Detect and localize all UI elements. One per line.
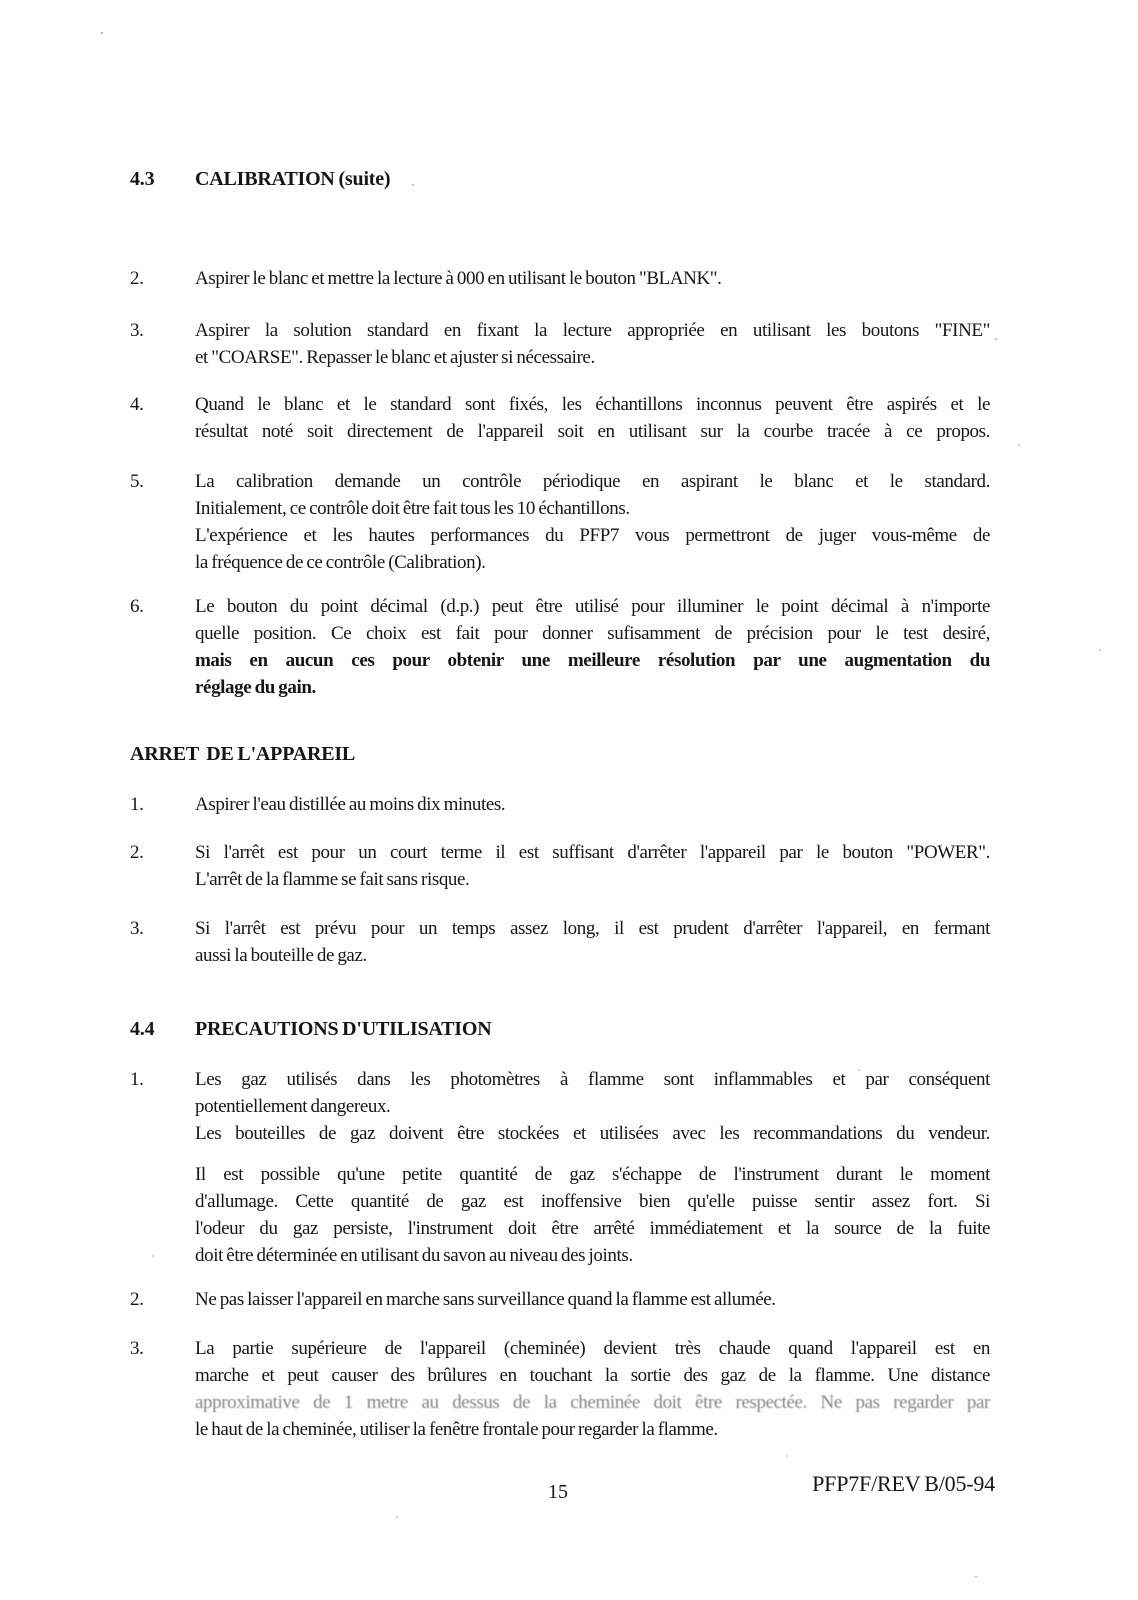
list-item: 1. Aspirer l'eau distillée au moins dix … bbox=[130, 791, 990, 818]
text-line: Si l'arrêt est pour un court terme il es… bbox=[195, 839, 990, 866]
item-text: Les gaz utilisés dans les photomètres à … bbox=[195, 1066, 990, 1269]
item-number: 4. bbox=[130, 391, 195, 418]
text-line: Quand le blanc et le standard sont fixés… bbox=[195, 391, 990, 418]
item-text: La partie supérieure de l'appareil (chem… bbox=[195, 1335, 990, 1443]
list-item: 4. Quand le blanc et le standard sont fi… bbox=[130, 391, 990, 445]
list-item: 2. Si l'arrêt est pour un court terme il… bbox=[130, 839, 990, 893]
item-number: 1. bbox=[130, 791, 195, 818]
text-line: Aspirer le blanc et mettre la lecture à … bbox=[195, 265, 990, 292]
text-line: le haut de la cheminée, utiliser la fenê… bbox=[195, 1416, 990, 1443]
list-item: 5. La calibration demande un contrôle pé… bbox=[130, 468, 990, 576]
section-heading-calibration: 4.3 CALIBRATION (suite) bbox=[130, 166, 990, 193]
text-line: L'expérience et les hautes performances … bbox=[195, 522, 990, 549]
list-item: 3. Aspirer la solution standard en fixan… bbox=[130, 317, 990, 371]
text-line: potentiellement dangereux. bbox=[195, 1093, 990, 1120]
item-number: 2. bbox=[130, 839, 195, 866]
text-line: réglage du gain. bbox=[195, 674, 990, 701]
text-line: Le bouton du point décimal (d.p.) peut ê… bbox=[195, 593, 990, 620]
item-text: Aspirer l'eau distillée au moins dix min… bbox=[195, 791, 990, 818]
section-title: PRECAUTIONS D'UTILISATION bbox=[195, 1016, 990, 1043]
list-item: 2. Ne pas laisser l'appareil en marche s… bbox=[130, 1286, 990, 1313]
list-item: 1. Les gaz utilisés dans les photomètres… bbox=[130, 1066, 990, 1269]
text-line: doit être déterminée en utilisant du sav… bbox=[195, 1242, 990, 1269]
text-line: la fréquence de ce contrôle (Calibration… bbox=[195, 549, 990, 576]
list-item: 6. Le bouton du point décimal (d.p.) peu… bbox=[130, 593, 990, 701]
section-number: 4.3 bbox=[130, 166, 195, 193]
text-line: mais en aucun ces pour obtenir une meill… bbox=[195, 647, 990, 674]
item-number: 2. bbox=[130, 265, 195, 292]
item-text: Si l'arrêt est pour un court terme il es… bbox=[195, 839, 990, 893]
section-heading-precautions: 4.4 PRECAUTIONS D'UTILISATION bbox=[130, 1016, 990, 1043]
document-page: 4.3 CALIBRATION (suite) 2. Aspirer le bl… bbox=[0, 0, 1138, 1600]
continuation-paragraph: Il est possible qu'une petite quantité d… bbox=[195, 1161, 990, 1269]
text-line: L'arrêt de la flamme se fait sans risque… bbox=[195, 866, 990, 893]
item-number: 2. bbox=[130, 1286, 195, 1313]
text-line: La calibration demande un contrôle pério… bbox=[195, 468, 990, 495]
item-number: 3. bbox=[130, 915, 195, 942]
text-line: Initialement, ce contrôle doit être fait… bbox=[195, 495, 990, 522]
text-line: marche et peut causer des brûlures en to… bbox=[195, 1362, 990, 1389]
list-item: 3. Si l'arrêt est prévu pour un temps as… bbox=[130, 915, 990, 969]
item-text: Ne pas laisser l'appareil en marche sans… bbox=[195, 1286, 990, 1313]
list-item: 2. Aspirer le blanc et mettre la lecture… bbox=[130, 265, 990, 292]
text-line: La partie supérieure de l'appareil (chem… bbox=[195, 1335, 990, 1362]
text-line: résultat noté soit directement de l'appa… bbox=[195, 418, 990, 445]
item-number: 1. bbox=[130, 1066, 195, 1093]
text-line: d'allumage. Cette quantité de gaz est in… bbox=[195, 1188, 990, 1215]
text-line: et "COARSE". Repasser le blanc et ajuste… bbox=[195, 344, 990, 371]
section-heading-arret: ARRET DE L'APPAREIL bbox=[130, 741, 990, 768]
item-number: 5. bbox=[130, 468, 195, 495]
text-line: quelle position. Ce choix est fait pour … bbox=[195, 620, 990, 647]
item-number: 3. bbox=[130, 317, 195, 344]
doc-reference: PFP7F/REV B/05-94 bbox=[812, 1470, 995, 1497]
list-item: 3. La partie supérieure de l'appareil (c… bbox=[130, 1335, 990, 1443]
page-number: 15 bbox=[548, 1479, 568, 1506]
item-text: Si l'arrêt est prévu pour un temps assez… bbox=[195, 915, 990, 969]
section-number: 4.4 bbox=[130, 1016, 195, 1043]
text-line: Aspirer l'eau distillée au moins dix min… bbox=[195, 791, 990, 818]
item-text: Aspirer le blanc et mettre la lecture à … bbox=[195, 265, 990, 292]
text-line: Aspirer la solution standard en fixant l… bbox=[195, 317, 990, 344]
scan-noise-specks bbox=[0, 0, 2, 2]
item-text: Quand le blanc et le standard sont fixés… bbox=[195, 391, 990, 445]
text-line: Ne pas laisser l'appareil en marche sans… bbox=[195, 1286, 990, 1313]
text-line: Si l'arrêt est prévu pour un temps assez… bbox=[195, 915, 990, 942]
section-title: CALIBRATION (suite) bbox=[195, 166, 990, 193]
text-line-faded: approximative de 1 metre au dessus de la… bbox=[195, 1389, 990, 1416]
item-text: Aspirer la solution standard en fixant l… bbox=[195, 317, 990, 371]
text-line: aussi la bouteille de gaz. bbox=[195, 942, 990, 969]
item-text: Le bouton du point décimal (d.p.) peut ê… bbox=[195, 593, 990, 701]
item-number: 3. bbox=[130, 1335, 195, 1362]
item-text: La calibration demande un contrôle pério… bbox=[195, 468, 990, 576]
text-line: Les gaz utilisés dans les photomètres à … bbox=[195, 1066, 990, 1093]
item-number: 6. bbox=[130, 593, 195, 620]
text-line: l'odeur du gaz persiste, l'instrument do… bbox=[195, 1215, 990, 1242]
text-line: Il est possible qu'une petite quantité d… bbox=[195, 1161, 990, 1188]
text-line: Les bouteilles de gaz doivent être stock… bbox=[195, 1120, 990, 1147]
